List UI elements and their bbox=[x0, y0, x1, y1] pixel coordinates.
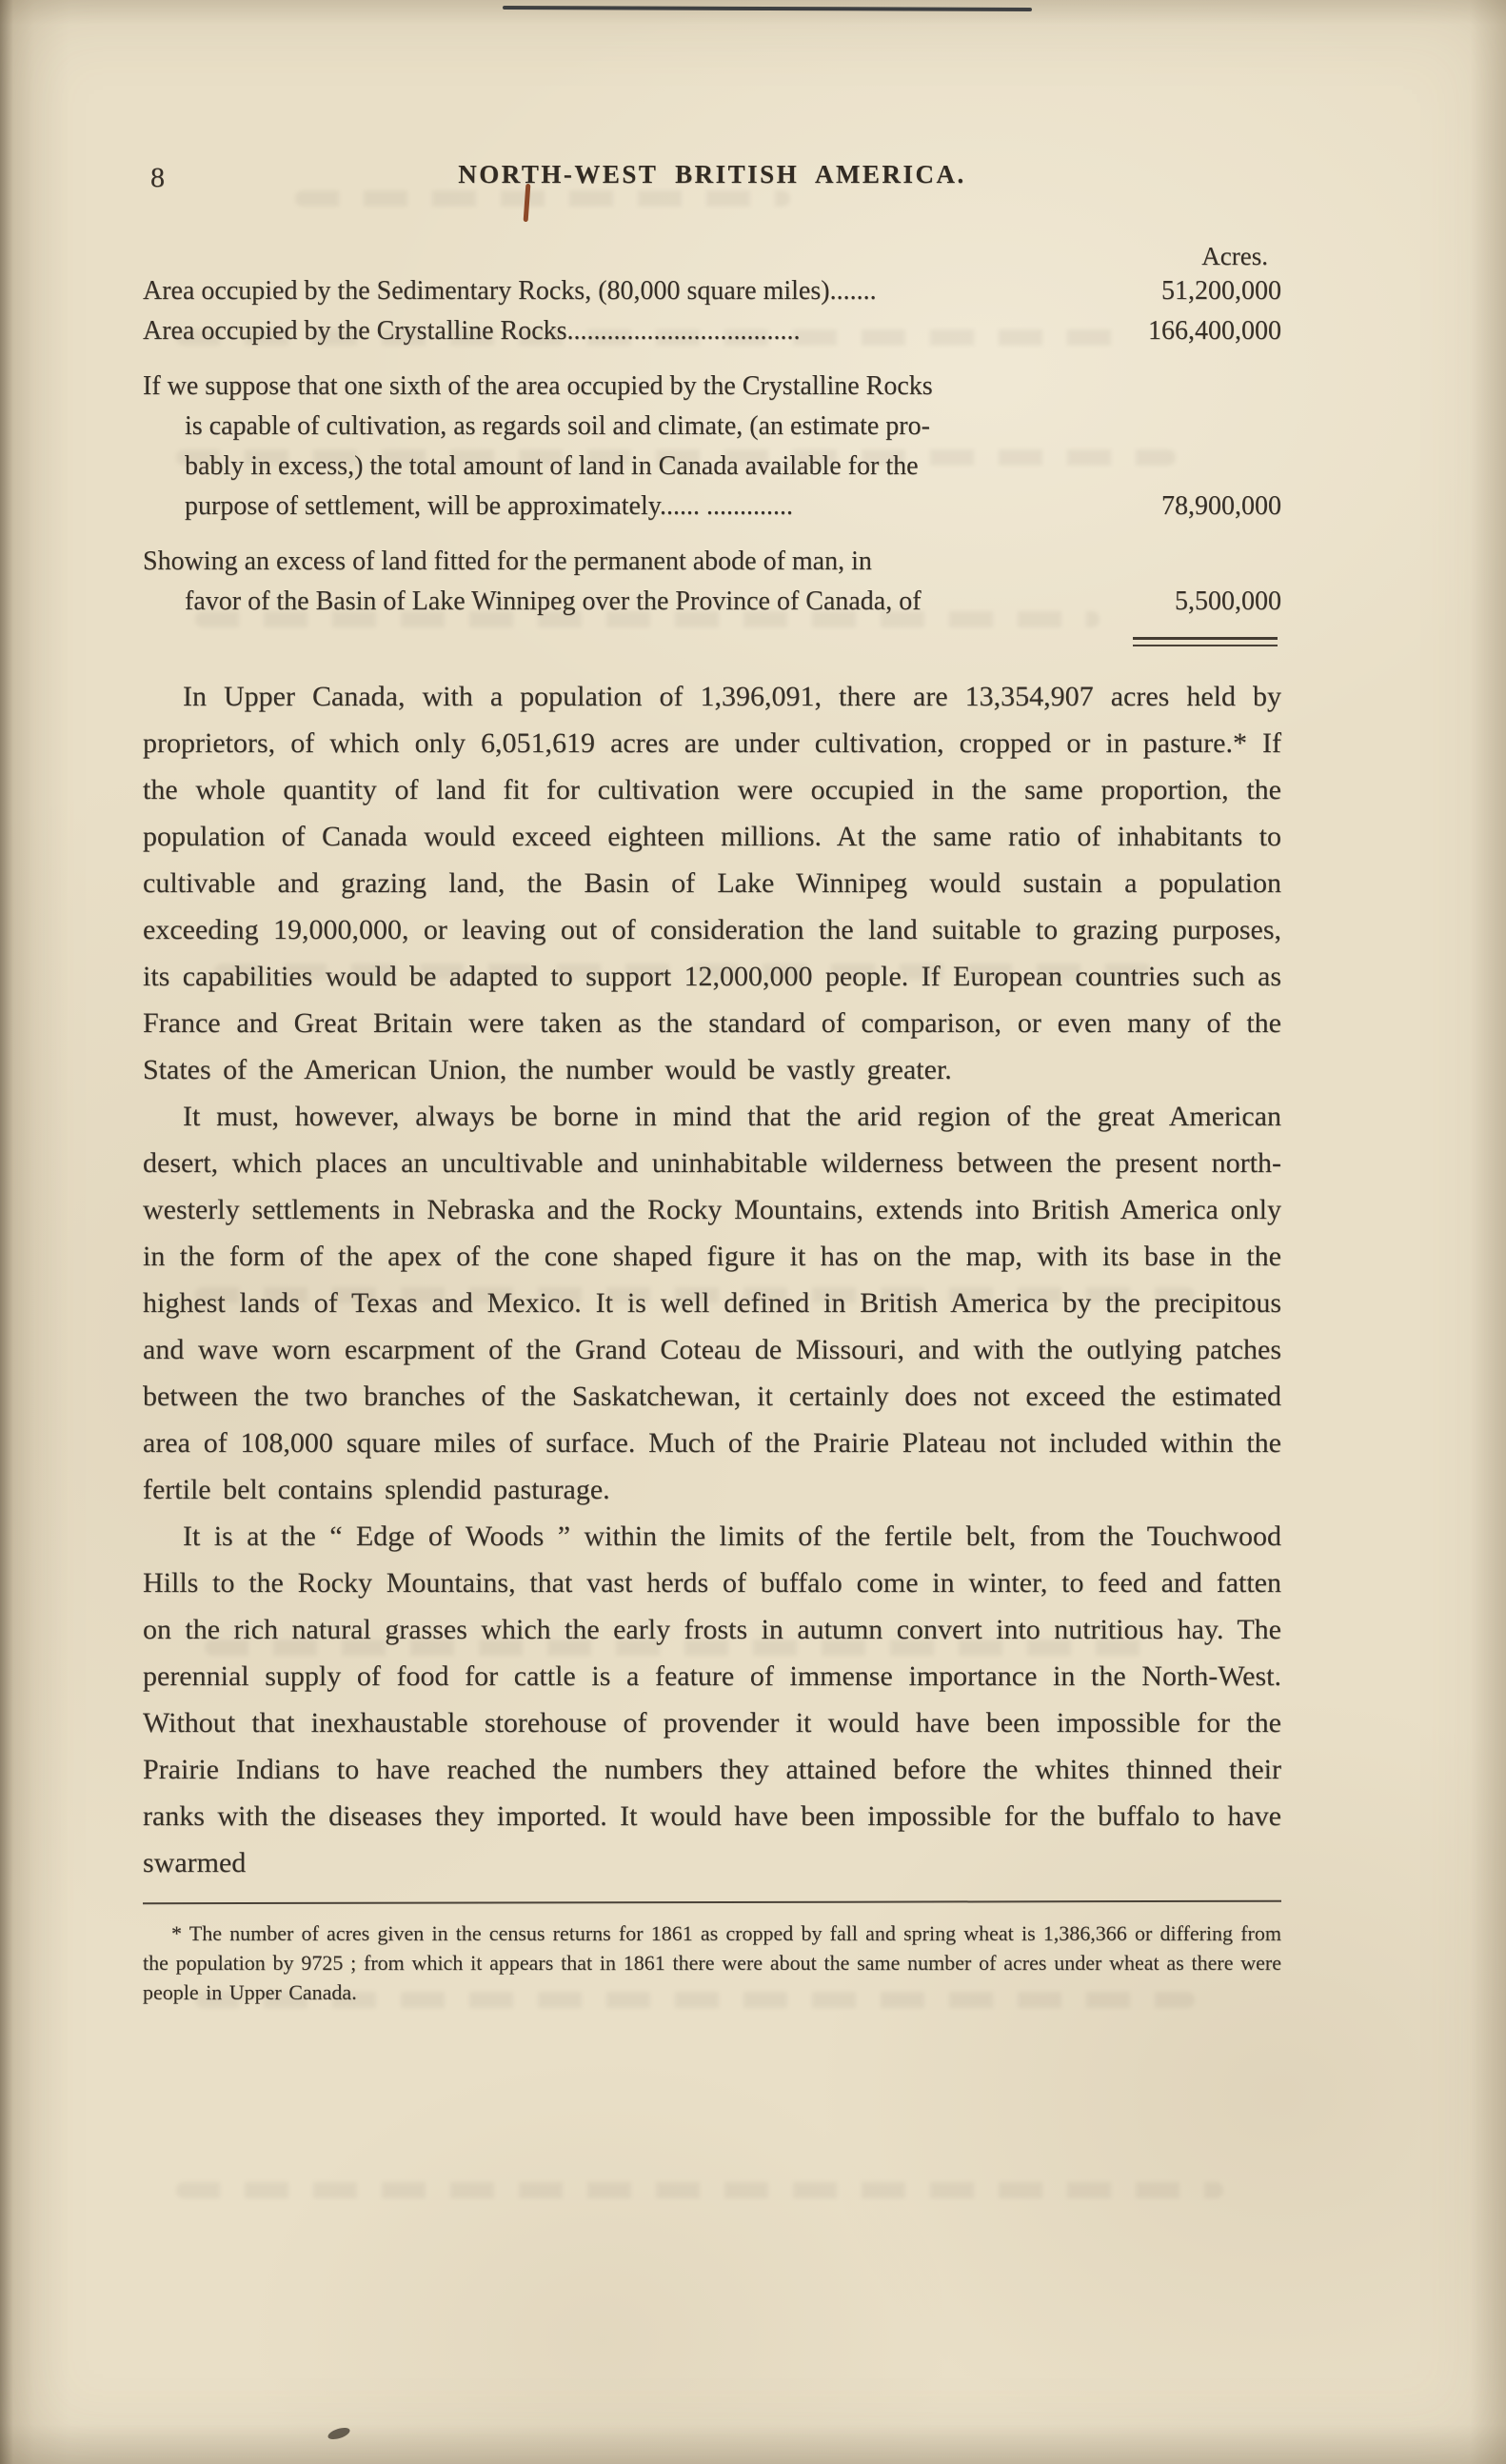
row-label: purpose of settlement, will be approxima… bbox=[185, 487, 1148, 527]
row-label: Area occupied by the Sedimentary Rocks, … bbox=[143, 271, 1148, 311]
row-label: Area occupied by the Crystalline Rocks..… bbox=[143, 311, 1135, 351]
row-value: 78,900,000 bbox=[1148, 487, 1281, 527]
paragraph: It must, however, always be borne in min… bbox=[143, 1093, 1281, 1513]
scanned-book-page: 8 NORTH-WEST BRITISH AMERICA. Acres. Are… bbox=[0, 0, 1506, 2464]
page-header: 8 NORTH-WEST BRITISH AMERICA. bbox=[143, 160, 1281, 200]
row-value: 166,400,000 bbox=[1135, 311, 1281, 351]
row-value: 51,200,000 bbox=[1148, 271, 1281, 311]
running-title: NORTH-WEST BRITISH AMERICA. bbox=[143, 160, 1281, 189]
row-label: bably in excess,) the total amount of la… bbox=[143, 447, 1281, 487]
table-row: Showing an excess of land fitted for the… bbox=[143, 542, 1281, 622]
footnote-rule bbox=[143, 1900, 1281, 1905]
paragraph: It is at the “ Edge of Woods ” within th… bbox=[143, 1513, 1281, 1886]
table-row: Area occupied by the Sedimentary Rocks, … bbox=[143, 271, 1281, 311]
row-label: Showing an excess of land fitted for the… bbox=[143, 542, 1281, 582]
footnote: * The number of acres given in the censu… bbox=[143, 1918, 1281, 2007]
row-label: is capable of cultivation, as regards so… bbox=[143, 407, 1281, 447]
text-block: 8 NORTH-WEST BRITISH AMERICA. Acres. Are… bbox=[143, 160, 1281, 2007]
page-number: 8 bbox=[150, 162, 165, 194]
total-double-rule bbox=[1133, 637, 1278, 646]
scan-edge-artifact bbox=[503, 6, 1032, 11]
row-label: If we suppose that one sixth of the area… bbox=[143, 367, 1281, 407]
acres-column-header: Acres. bbox=[143, 242, 1281, 271]
ink-smudge bbox=[327, 2426, 351, 2442]
body-text: In Upper Canada, with a population of 1,… bbox=[143, 673, 1281, 1886]
row-label: favor of the Basin of Lake Winnipeg over… bbox=[185, 582, 1161, 622]
row-value: 5,500,000 bbox=[1161, 582, 1281, 622]
table-row: If we suppose that one sixth of the area… bbox=[143, 367, 1281, 527]
paragraph: In Upper Canada, with a population of 1,… bbox=[143, 673, 1281, 1093]
table-row: Area occupied by the Crystalline Rocks..… bbox=[143, 311, 1281, 351]
